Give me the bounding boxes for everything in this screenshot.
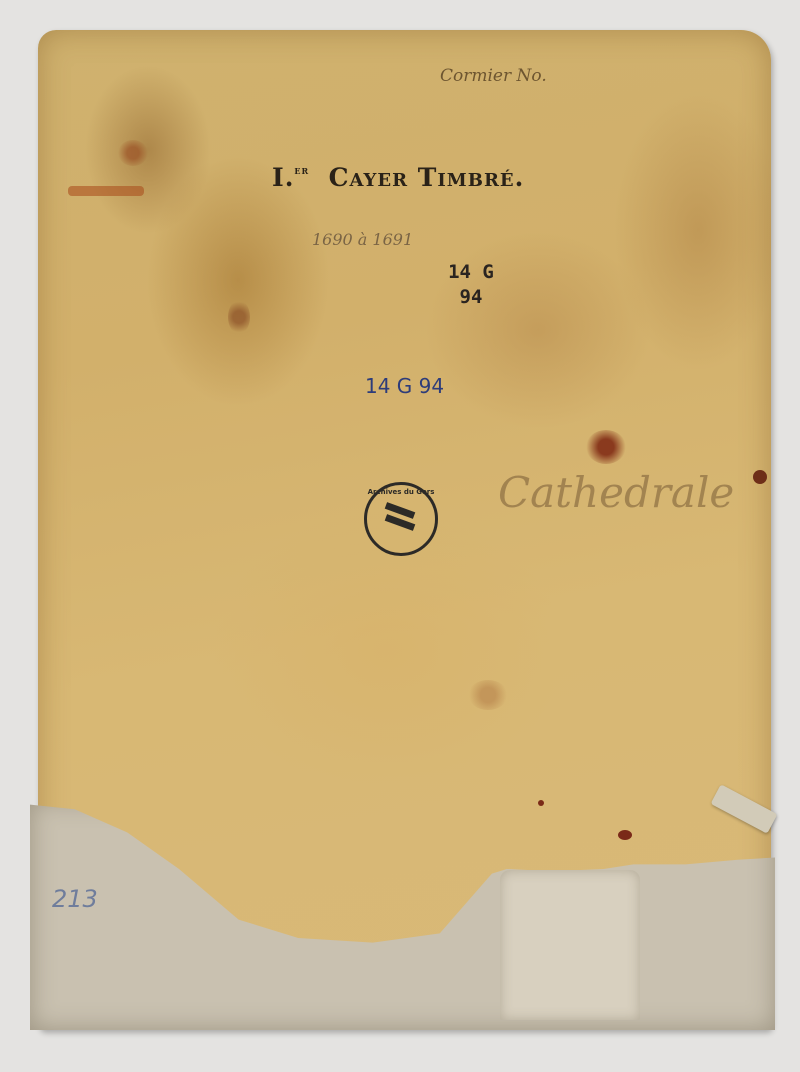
corner-pencil-number: 213 [52,885,98,913]
title-superscript: er [294,163,309,177]
stain [538,800,544,806]
stain [618,830,632,840]
stain [468,680,508,710]
shelfmark-line2: 94 [436,285,506,310]
top-handwritten-note: Cormier No. [440,66,547,86]
cover-title: I.er Cayer Timbré. [272,163,524,192]
stain [68,186,144,196]
title-main: Cayer Timbré. [329,163,525,192]
stain [586,430,626,464]
archive-stamp: Archives du Gers [364,482,438,556]
stamped-shelfmark: 14 G 94 [436,260,506,310]
title-prefix: I. [272,163,294,192]
stain [118,140,148,166]
archive-stamp-text: Archives du Gers [367,488,435,496]
shelfmark-line1: 14 G [436,260,506,285]
blue-ink-shelfmark: 14 G 94 [365,374,444,398]
date-range-note: 1690 à 1691 [312,230,413,249]
exposed-paper-layer [500,870,640,1020]
stain [753,470,767,484]
faded-script-right: Cathedrale [498,468,734,517]
stain [228,300,250,334]
